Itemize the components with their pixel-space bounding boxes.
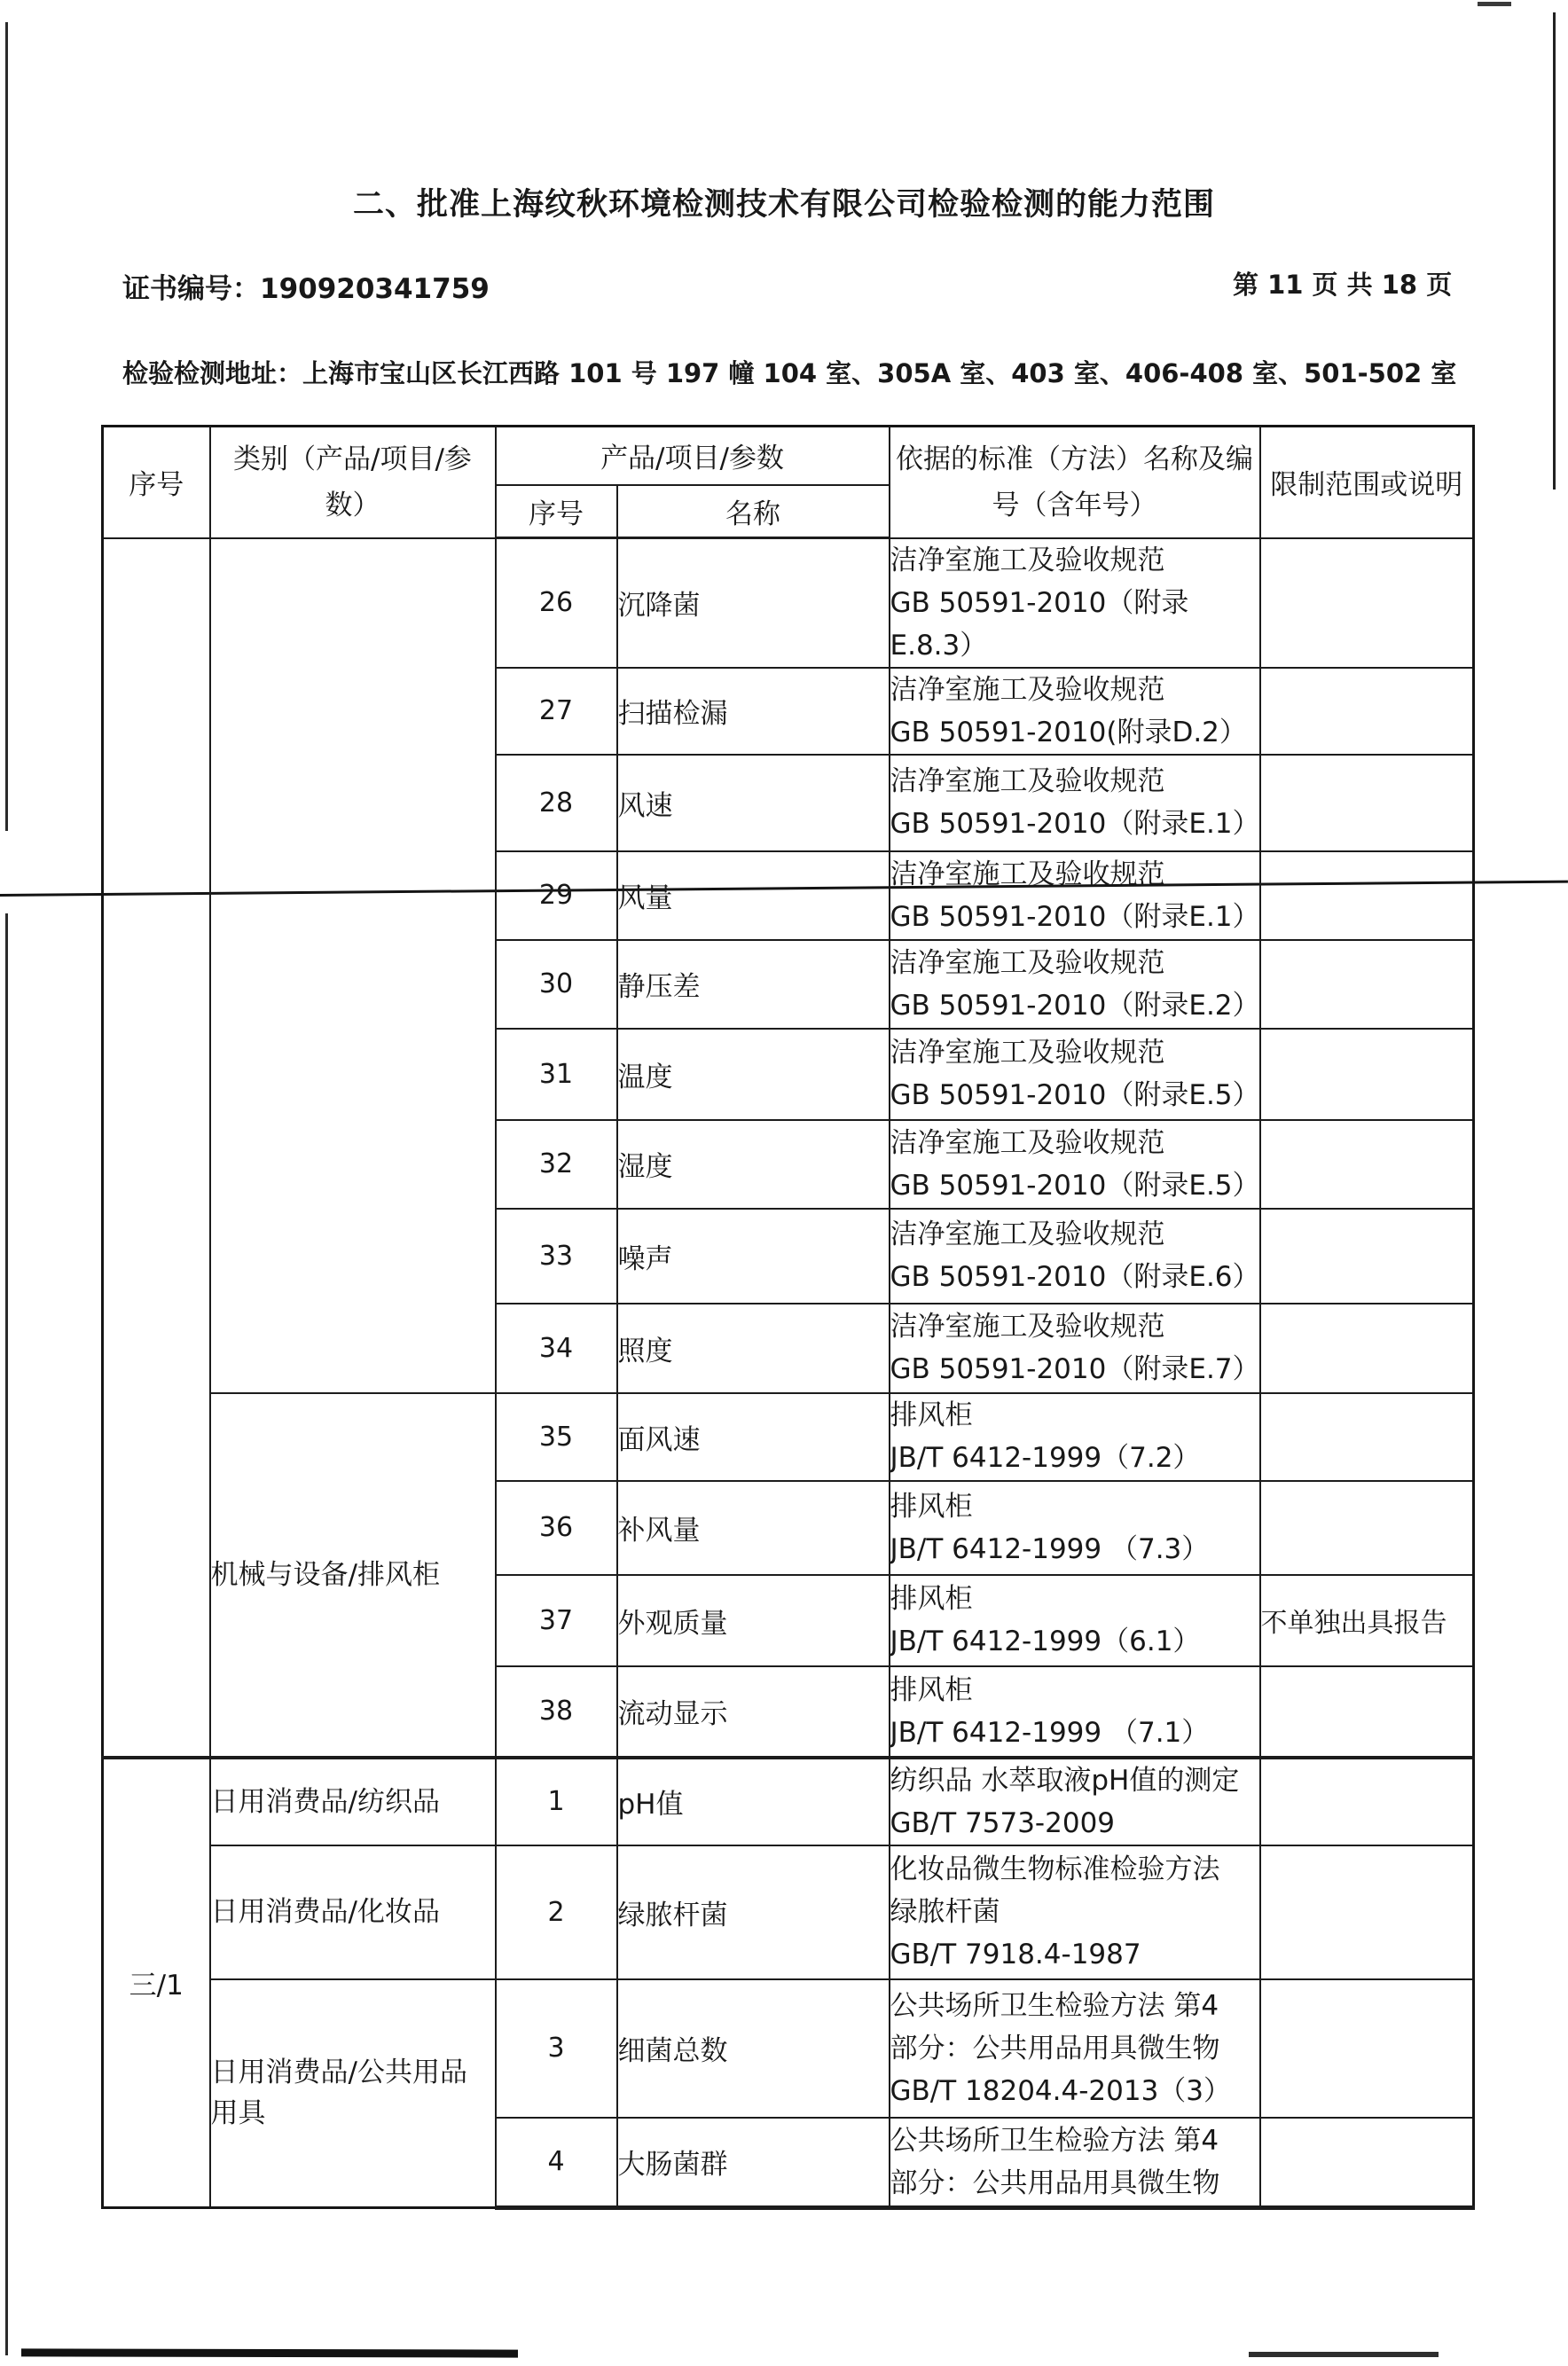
- col-header-sub-seq: 序号: [496, 485, 617, 538]
- limit-cell: [1260, 1481, 1474, 1575]
- param-name-cell: 补风量: [617, 1481, 890, 1575]
- param-number-cell: 29: [496, 851, 617, 940]
- limit-cell: [1260, 1666, 1474, 1758]
- param-name-cell: 湿度: [617, 1120, 890, 1209]
- standard-cell: 排风柜 JB/T 6412-1999 （7.1）: [890, 1666, 1260, 1758]
- page-indicator: 第 11 页 共 18 页: [1233, 265, 1452, 302]
- standard-cell: 化妆品微生物标准检验方法 绿脓杆菌 GB/T 7918.4-1987: [890, 1845, 1260, 1979]
- col-header-seq: 序号: [103, 427, 210, 538]
- table-row: 日用消费品/公共用品用具 3 细菌总数 公共场所卫生检验方法 第4 部分：公共用…: [103, 1979, 1474, 2118]
- header-row-1: 序号 类别（产品/项目/参 数） 产品/项目/参数 依据的标准（方法）名称及编 …: [103, 427, 1474, 485]
- table-row: 三/1 日用消费品/纺织品 1 pH值 纺织品 水萃取液pH值的测定 GB/T …: [103, 1758, 1474, 1845]
- limit-cell: 不单独出具报告: [1260, 1575, 1474, 1666]
- param-number-cell: 26: [496, 538, 617, 668]
- seq-cell-empty: [103, 538, 210, 1758]
- limit-cell: [1260, 668, 1474, 755]
- param-name-cell: 扫描检漏: [617, 668, 890, 755]
- limit-cell: [1260, 1209, 1474, 1304]
- param-number-cell: 4: [496, 2118, 617, 2208]
- limit-cell: [1260, 1979, 1474, 2118]
- limit-cell: [1260, 1120, 1474, 1209]
- limit-cell: [1260, 1304, 1474, 1393]
- standard-cell: 公共场所卫生检验方法 第4 部分：公共用品用具微生物 GB/T 18204.4-…: [890, 1979, 1260, 2118]
- param-number-cell: 33: [496, 1209, 617, 1304]
- param-name-cell: 风量: [617, 851, 890, 940]
- col-header-limit: 限制范围或说明: [1260, 427, 1474, 538]
- limit-cell: [1260, 755, 1474, 851]
- col-header-category: 类别（产品/项目/参 数）: [210, 427, 496, 538]
- category-cell-public-goods: 日用消费品/公共用品用具: [210, 1979, 496, 2208]
- scan-artifact-left-margin-line-bottom: [5, 913, 8, 2355]
- standard-cell: 洁净室施工及验收规范 GB 50591-2010（附录E.6）: [890, 1209, 1260, 1304]
- standard-cell: 洁净室施工及验收规范 GB 50591-2010（附录E.8.3）: [890, 538, 1260, 668]
- scan-artifact-corner-dash: [1478, 2, 1511, 6]
- param-name-cell: 温度: [617, 1029, 890, 1120]
- param-number-cell: 35: [496, 1393, 617, 1481]
- param-name-cell: 风速: [617, 755, 890, 851]
- limit-cell: [1260, 1393, 1474, 1481]
- standard-cell: 排风柜 JB/T 6412-1999（7.2）: [890, 1393, 1260, 1481]
- param-name-cell: pH值: [617, 1758, 890, 1845]
- param-name-cell: 照度: [617, 1304, 890, 1393]
- standard-cell: 洁净室施工及验收规范 GB 50591-2010（附录E.1）: [890, 755, 1260, 851]
- limit-cell: [1260, 1845, 1474, 1979]
- param-number-cell: 31: [496, 1029, 617, 1120]
- table-row: 日用消费品/化妆品 2 绿脓杆菌 化妆品微生物标准检验方法 绿脓杆菌 GB/T …: [103, 1845, 1474, 1979]
- limit-cell: [1260, 1029, 1474, 1120]
- category-cell-textile: 日用消费品/纺织品: [210, 1758, 496, 1845]
- category-cell-empty: [210, 538, 496, 1393]
- scan-artifact-left-margin-line-top: [5, 22, 8, 831]
- standard-cell: 洁净室施工及验收规范 GB 50591-2010（附录E.5）: [890, 1029, 1260, 1120]
- param-name-cell: 面风速: [617, 1393, 890, 1481]
- param-number-cell: 30: [496, 940, 617, 1029]
- param-number-cell: 28: [496, 755, 617, 851]
- standard-cell: 纺织品 水萃取液pH值的测定 GB/T 7573-2009: [890, 1758, 1260, 1845]
- standard-cell: 排风柜 JB/T 6412-1999（6.1）: [890, 1575, 1260, 1666]
- standard-cell: 洁净室施工及验收规范 GB 50591-2010（附录E.1）: [890, 851, 1260, 940]
- limit-cell: [1260, 1758, 1474, 1845]
- table-row: 机械与设备/排风柜 35 面风速 排风柜 JB/T 6412-1999（7.2）: [103, 1393, 1474, 1481]
- limit-cell: [1260, 538, 1474, 668]
- standard-cell: 排风柜 JB/T 6412-1999 （7.3）: [890, 1481, 1260, 1575]
- param-name-cell: 外观质量: [617, 1575, 890, 1666]
- seq-cell-group3: 三/1: [103, 1758, 210, 2208]
- col-header-standard: 依据的标准（方法）名称及编 号（含年号）: [890, 427, 1260, 538]
- page-title: 二、批准上海纹秋环境检测技术有限公司检验检测的能力范围: [0, 180, 1568, 224]
- capability-table: 序号 类别（产品/项目/参 数） 产品/项目/参数 依据的标准（方法）名称及编 …: [101, 425, 1475, 2210]
- col-header-sub-name: 名称: [617, 485, 890, 538]
- param-name-cell: 流动显示: [617, 1666, 890, 1758]
- param-name-cell: 噪声: [617, 1209, 890, 1304]
- scan-artifact-bottom-smudge-right: [1249, 2352, 1439, 2357]
- param-name-cell: 绿脓杆菌: [617, 1845, 890, 1979]
- standard-cell: 洁净室施工及验收规范 GB 50591-2010(附录D.2）: [890, 668, 1260, 755]
- param-number-cell: 36: [496, 1481, 617, 1575]
- scanned-certificate-page: 二、批准上海纹秋环境检测技术有限公司检验检测的能力范围 证书编号：1909203…: [0, 0, 1568, 2366]
- param-name-cell: 大肠菌群: [617, 2118, 890, 2208]
- standard-cell: 洁净室施工及验收规范 GB 50591-2010（附录E.2）: [890, 940, 1260, 1029]
- limit-cell: [1260, 940, 1474, 1029]
- param-number-cell: 38: [496, 1666, 617, 1758]
- table-row: 26 沉降菌 洁净室施工及验收规范 GB 50591-2010（附录E.8.3）: [103, 538, 1474, 668]
- certificate-number: 证书编号：190920341759: [122, 266, 490, 306]
- col-header-product-param: 产品/项目/参数: [496, 427, 890, 485]
- limit-cell: [1260, 2118, 1474, 2208]
- limit-cell: [1260, 851, 1474, 940]
- scan-artifact-right-margin-line: [1553, 12, 1556, 490]
- param-number-cell: 1: [496, 1758, 617, 1845]
- inspection-address: 检验检测地址：上海市宝山区长江西路 101 号 197 幢 104 室、305A…: [122, 354, 1456, 390]
- scan-artifact-bottom-smudge-left: [21, 2348, 518, 2357]
- param-number-cell: 3: [496, 1979, 617, 2118]
- param-name-cell: 静压差: [617, 940, 890, 1029]
- param-name-cell: 沉降菌: [617, 538, 890, 668]
- param-name-cell: 细菌总数: [617, 1979, 890, 2118]
- param-number-cell: 2: [496, 1845, 617, 1979]
- standard-cell: 公共场所卫生检验方法 第4 部分：公共用品用具微生物: [890, 2118, 1260, 2208]
- param-number-cell: 27: [496, 668, 617, 755]
- standard-cell: 洁净室施工及验收规范 GB 50591-2010（附录E.5）: [890, 1120, 1260, 1209]
- param-number-cell: 37: [496, 1575, 617, 1666]
- standard-cell: 洁净室施工及验收规范 GB 50591-2010（附录E.7）: [890, 1304, 1260, 1393]
- param-number-cell: 34: [496, 1304, 617, 1393]
- param-number-cell: 32: [496, 1120, 617, 1209]
- category-cell-cosmetic: 日用消费品/化妆品: [210, 1845, 496, 1979]
- category-cell-machine: 机械与设备/排风柜: [210, 1393, 496, 1758]
